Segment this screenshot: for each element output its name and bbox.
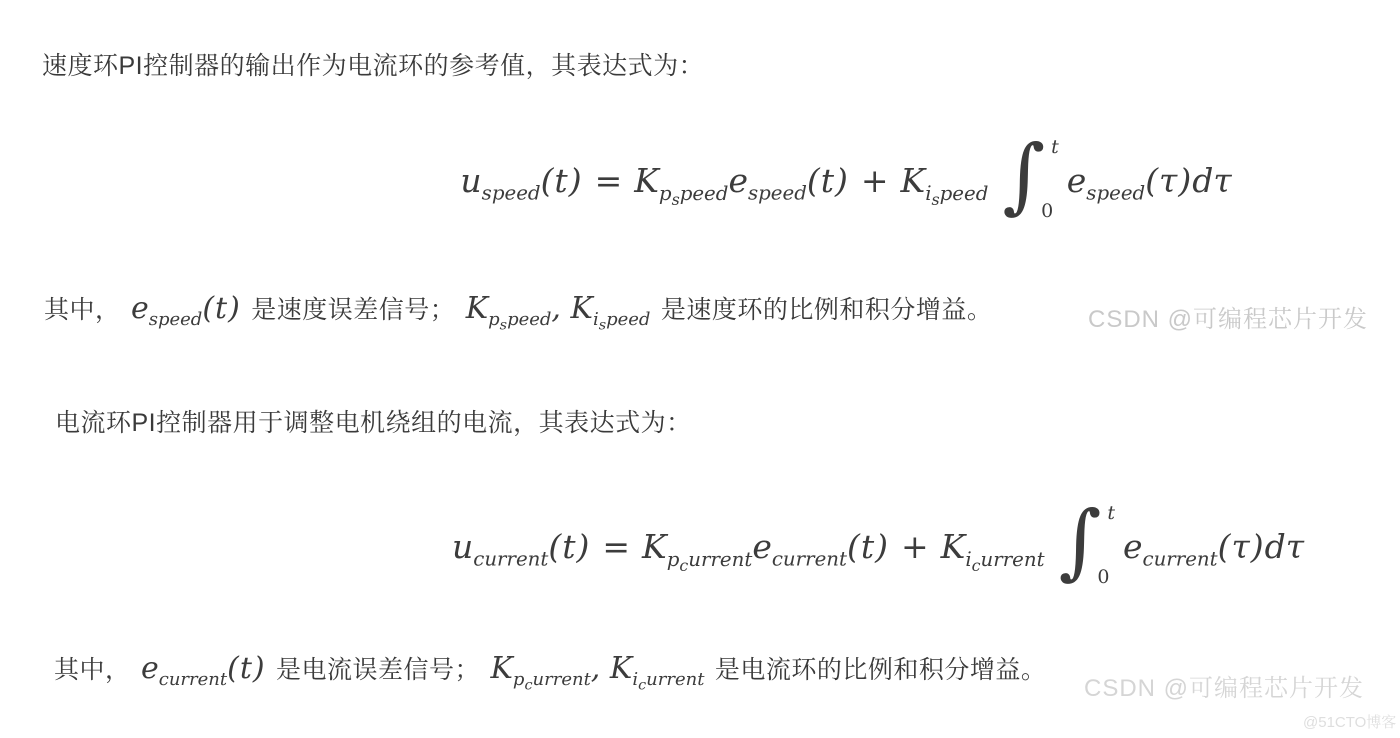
speed-heading: 速度环PI控制器的输出作为电流环的参考值，其表达式为： xyxy=(42,46,704,82)
math-subsubscript: c xyxy=(972,556,981,575)
current-note: 其中， ecurrent(t) 是电流误差信号； Kpcurrent, Kicu… xyxy=(54,650,1046,686)
plus-sign: + xyxy=(861,161,889,200)
csdn-watermark: CSDN @可编程芯片开发 xyxy=(1084,668,1364,703)
math-subscript-part: urrent xyxy=(533,669,591,690)
math-subscript: pspeed xyxy=(659,182,729,205)
math-var-e: e xyxy=(1123,527,1143,566)
math-var-K: K xyxy=(466,291,488,326)
math-subscript-part: peed xyxy=(507,309,551,330)
math-arg: (t) xyxy=(548,527,590,566)
math-subscript-part: p xyxy=(513,669,525,690)
math-subscript: current xyxy=(772,548,847,571)
math-subscript: current xyxy=(159,669,227,690)
math-arg: (τ) xyxy=(1145,161,1192,200)
math-subscript-part: urrent xyxy=(981,548,1045,571)
integral-lower-limit: 0 xyxy=(1097,566,1109,588)
math-var-K: K xyxy=(901,161,926,200)
math-subscript-part: urrent xyxy=(688,548,752,571)
math-subscript: speed xyxy=(748,182,807,205)
math-subscript-part: p xyxy=(488,309,500,330)
math-var-K: K xyxy=(642,527,667,566)
math-var-K: K xyxy=(491,651,513,686)
math-subscript-part: peed xyxy=(940,182,989,205)
integral-sign: ∫ xyxy=(1002,138,1045,220)
note-desc: 是速度环的比例和积分增益。 xyxy=(661,296,993,324)
math-arg: (t) xyxy=(541,161,583,200)
math-var-u: u xyxy=(452,527,473,566)
math-subscript-part: p xyxy=(667,548,680,571)
math-var-K: K xyxy=(610,651,632,686)
math-subscript: current xyxy=(473,548,548,571)
math-var-u: u xyxy=(460,161,481,200)
math-subscript: pcurrent xyxy=(513,669,591,690)
math-subscript-part: peed xyxy=(680,182,729,205)
inline-math-gains-current: Kpcurrent, Kicurrent xyxy=(491,651,705,686)
current-heading: 电流环PI控制器用于调整电机绕组的电流，其表达式为： xyxy=(55,403,692,439)
speed-note: 其中， espeed(t) 是速度误差信号； Kpspeed, Kispeed … xyxy=(44,290,992,326)
math-var-e: e xyxy=(752,527,772,566)
integral: ∫t0 xyxy=(1002,138,1058,220)
current-formula: ucurrent(t)=Kpcurrentecurrent(t)+Kicurre… xyxy=(452,508,1304,590)
inline-math-gains-speed: Kpspeed, Kispeed xyxy=(466,291,651,326)
math-subsubscript: s xyxy=(599,318,606,334)
math-subscript: current xyxy=(1142,548,1217,571)
math-var-K: K xyxy=(634,161,659,200)
integral: ∫t0 xyxy=(1059,504,1115,586)
integral-limits: t0 xyxy=(1041,138,1059,220)
inline-math-e-speed: espeed(t) xyxy=(131,291,241,326)
math-var-e: e xyxy=(1067,161,1087,200)
math-comma: , xyxy=(551,291,561,326)
differential: dτ xyxy=(1265,527,1304,566)
integral-upper-limit: t xyxy=(1107,502,1115,524)
math-comma: , xyxy=(591,651,601,686)
math-subscript-part: p xyxy=(659,182,672,205)
integral-upper-limit: t xyxy=(1051,136,1059,158)
math-subsubscript: c xyxy=(638,678,646,694)
math-subscript: ispeed xyxy=(925,182,988,205)
csdn-watermark: CSDN @可编程芯片开发 xyxy=(1088,299,1368,334)
math-subsubscript: c xyxy=(524,678,532,694)
note-lead: 其中， xyxy=(44,296,121,324)
integral-limits: t0 xyxy=(1097,504,1115,586)
math-subscript: speed xyxy=(482,182,541,205)
math-arg: (t) xyxy=(227,651,265,686)
math-subscript: speed xyxy=(149,309,203,330)
note-desc: 是电流环的比例和积分增益。 xyxy=(715,656,1047,684)
equals-sign: = xyxy=(602,527,630,566)
differential: dτ xyxy=(1192,161,1231,200)
math-arg: (t) xyxy=(202,291,240,326)
math-subsubscript: c xyxy=(679,556,688,575)
integral-lower-limit: 0 xyxy=(1041,200,1053,222)
math-subscript-part: urrent xyxy=(646,669,704,690)
math-arg: (t) xyxy=(847,527,889,566)
math-subscript: icurrent xyxy=(632,669,704,690)
note-desc: 是速度误差信号； xyxy=(251,296,455,324)
51cto-watermark: @51CTO博客 xyxy=(1303,711,1396,732)
integral-sign: ∫ xyxy=(1059,504,1102,586)
math-subscript: pspeed xyxy=(488,309,551,330)
math-subscript: pcurrent xyxy=(667,548,753,571)
math-var-e: e xyxy=(131,291,149,326)
math-subscript: ispeed xyxy=(593,309,651,330)
math-subscript: speed xyxy=(1086,182,1145,205)
math-arg: (t) xyxy=(807,161,849,200)
math-var-K: K xyxy=(571,291,593,326)
note-desc: 是电流误差信号； xyxy=(276,656,480,684)
math-var-e: e xyxy=(728,161,748,200)
math-var-e: e xyxy=(141,651,159,686)
math-subscript: icurrent xyxy=(965,548,1044,571)
inline-math-e-current: ecurrent(t) xyxy=(141,651,266,686)
plus-sign: + xyxy=(901,527,929,566)
math-var-K: K xyxy=(941,527,966,566)
math-subscript-part: peed xyxy=(606,309,650,330)
math-arg: (τ) xyxy=(1218,527,1265,566)
note-lead: 其中， xyxy=(54,656,131,684)
speed-formula: uspeed(t)=Kpspeedespeed(t)+Kispeed∫t0esp… xyxy=(460,142,1231,224)
math-subsubscript: s xyxy=(500,318,507,334)
equals-sign: = xyxy=(595,161,623,200)
